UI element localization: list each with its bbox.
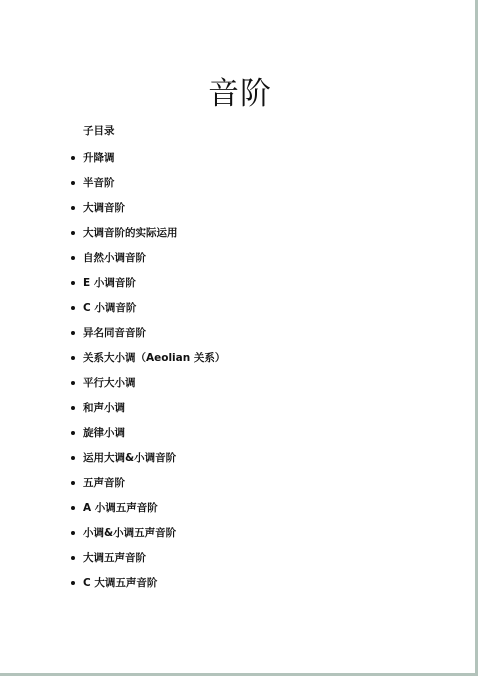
toc-link[interactable]: 运用大调&小调音阶: [83, 451, 176, 465]
toc-link[interactable]: 大调音阶: [83, 201, 125, 215]
toc-link[interactable]: 旋律小调: [83, 426, 125, 440]
document-page: 音阶 子目录 升降调 半音阶 大调音阶 大调音阶的实际运用 自然小调音阶 E 小…: [0, 0, 475, 673]
toc-link[interactable]: 和声小调: [83, 401, 125, 415]
toc-link[interactable]: 升降调: [83, 151, 115, 165]
bullet-icon: [71, 531, 75, 535]
bullet-icon: [71, 581, 75, 585]
bullet-icon: [71, 281, 75, 285]
bullet-icon: [71, 356, 75, 360]
bullet-icon: [71, 556, 75, 560]
page-title: 音阶: [0, 74, 480, 114]
toc-link[interactable]: E 小调音阶: [83, 276, 136, 290]
bullet-icon: [71, 156, 75, 160]
bullet-icon: [71, 381, 75, 385]
page-border-bottom: [0, 673, 478, 676]
bullet-icon: [71, 206, 75, 210]
bullet-icon: [71, 431, 75, 435]
toc-link[interactable]: 关系大小调（Aeolian 关系）: [83, 351, 225, 365]
bullet-icon: [71, 456, 75, 460]
bullet-icon: [71, 406, 75, 410]
toc-link[interactable]: 大调五声音阶: [83, 551, 146, 565]
toc-link[interactable]: 五声音阶: [83, 476, 125, 490]
toc-link[interactable]: C 大调五声音阶: [83, 576, 157, 590]
toc-link[interactable]: 自然小调音阶: [83, 251, 146, 265]
bullet-icon: [71, 481, 75, 485]
toc-link[interactable]: 平行大小调: [83, 376, 136, 390]
bullet-icon: [71, 506, 75, 510]
toc-link[interactable]: A 小调五声音阶: [83, 501, 158, 515]
toc-link[interactable]: 小调&小调五声音阶: [83, 526, 176, 540]
bullet-icon: [71, 331, 75, 335]
page-border-right: [475, 0, 478, 676]
bullet-icon: [71, 306, 75, 310]
toc-link[interactable]: C 小调音阶: [83, 301, 136, 315]
bullet-icon: [71, 256, 75, 260]
toc-link[interactable]: 半音阶: [83, 176, 115, 190]
toc-link[interactable]: 异名同音音阶: [83, 326, 146, 340]
bullet-icon: [71, 181, 75, 185]
bullet-icon: [71, 231, 75, 235]
toc-link[interactable]: 大调音阶的实际运用: [83, 226, 178, 240]
toc-heading: 子目录: [83, 124, 115, 138]
